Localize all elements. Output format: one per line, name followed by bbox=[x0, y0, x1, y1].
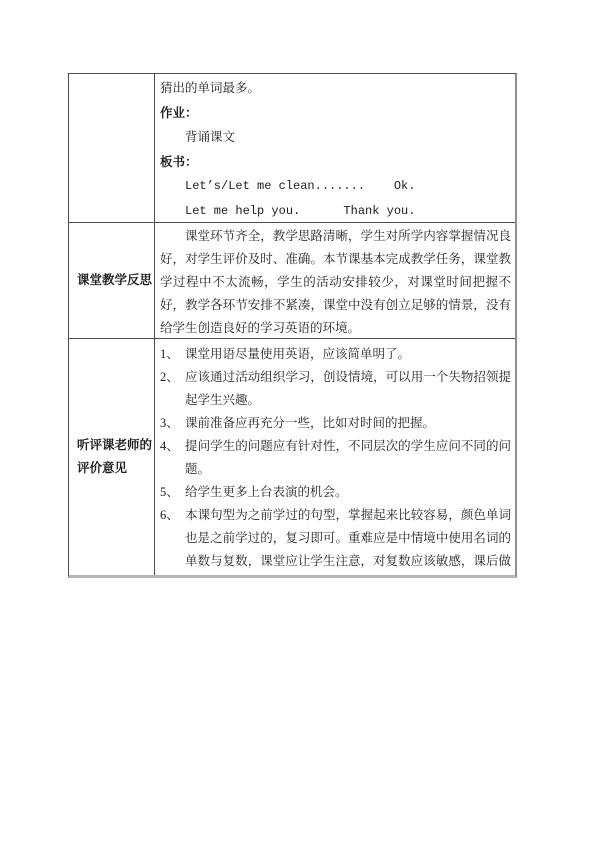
comment-number: 1、 bbox=[160, 343, 185, 366]
comment-number: 4、 bbox=[160, 435, 185, 458]
comment-text: 课堂用语尽量使用英语，应该简单明了。 bbox=[185, 347, 410, 361]
comment-item: 4、提问学生的问题应有针对性，不同层次的学生应问不同的问题。 bbox=[160, 435, 511, 481]
comment-number: 6、 bbox=[160, 504, 185, 527]
board-writing-line-2: Let me help you. Thank you. bbox=[160, 199, 511, 223]
row-label-reflection: 课堂教学反思 bbox=[69, 223, 155, 338]
continuation-text: 猜出的单词最多。 bbox=[160, 76, 511, 101]
homework-item: 背诵课文 bbox=[160, 125, 511, 150]
board-heading: 板书： bbox=[160, 150, 511, 175]
comment-text: 课前准备应再充分一些，比如对时间的把握。 bbox=[185, 416, 435, 430]
homework-heading: 作业： bbox=[160, 101, 511, 126]
comment-text: 提问学生的问题应有针对性，不同层次的学生应问不同的问题。 bbox=[185, 439, 511, 476]
comment-item: 2、应该通过活动组织学习，创设情境，可以用一个失物招领提起学生兴趣。 bbox=[160, 366, 511, 412]
comment-number: 2、 bbox=[160, 366, 185, 389]
row-label-evaluation: 听评课老师的评价意见 bbox=[69, 339, 155, 575]
comment-item: 3、课前准备应再充分一些，比如对时间的把握。 bbox=[160, 412, 511, 435]
row-label-empty bbox=[69, 74, 155, 222]
comment-item: 1、课堂用语尽量使用英语，应该简单明了。 bbox=[160, 343, 511, 366]
comment-item: 6、本课句型为之前学过的句型，掌握起来比较容易，颜色单词也是之前学过的，复习即可… bbox=[160, 504, 511, 575]
lesson-record-table: 猜出的单词最多。 作业： 背诵课文 板书： Let’s/Let me clean… bbox=[68, 73, 517, 578]
evaluation-section: 1、课堂用语尽量使用英语，应该简单明了。 2、应该通过活动组织学习，创设情境，可… bbox=[155, 339, 515, 575]
reflection-section: 课堂环节齐全，教学思路清晰，学生对所学内容掌握情况良好，对学生评价及时、准确。本… bbox=[155, 223, 515, 338]
homework-board-section: 猜出的单词最多。 作业： 背诵课文 板书： Let’s/Let me clean… bbox=[155, 74, 515, 222]
comment-text: 给学生更多上台表演的机会。 bbox=[185, 485, 348, 499]
table-row-evaluation: 听评课老师的评价意见 1、课堂用语尽量使用英语，应该简单明了。 2、应该通过活动… bbox=[69, 338, 515, 575]
comment-text: 应该通过活动组织学习，创设情境，可以用一个失物招领提起学生兴趣。 bbox=[185, 370, 511, 407]
table-row-homework-board: 猜出的单词最多。 作业： 背诵课文 板书： Let’s/Let me clean… bbox=[69, 74, 515, 222]
comment-item: 5、给学生更多上台表演的机会。 bbox=[160, 481, 511, 504]
reflection-paragraph: 课堂环节齐全，教学思路清晰，学生对所学内容掌握情况良好，对学生评价及时、准确。本… bbox=[160, 225, 511, 338]
board-writing-line-1: Let’s/Let me clean....... Ok. bbox=[160, 174, 511, 199]
comment-number: 5、 bbox=[160, 481, 185, 504]
comment-number: 3、 bbox=[160, 412, 185, 435]
document-page: { "document": { "background": "#ffffff",… bbox=[0, 0, 595, 842]
table-row-reflection: 课堂教学反思 课堂环节齐全，教学思路清晰，学生对所学内容掌握情况良好，对学生评价… bbox=[69, 222, 515, 338]
comment-text: 本课句型为之前学过的句型，掌握起来比较容易，颜色单词也是之前学过的，复习即可。重… bbox=[185, 508, 511, 575]
